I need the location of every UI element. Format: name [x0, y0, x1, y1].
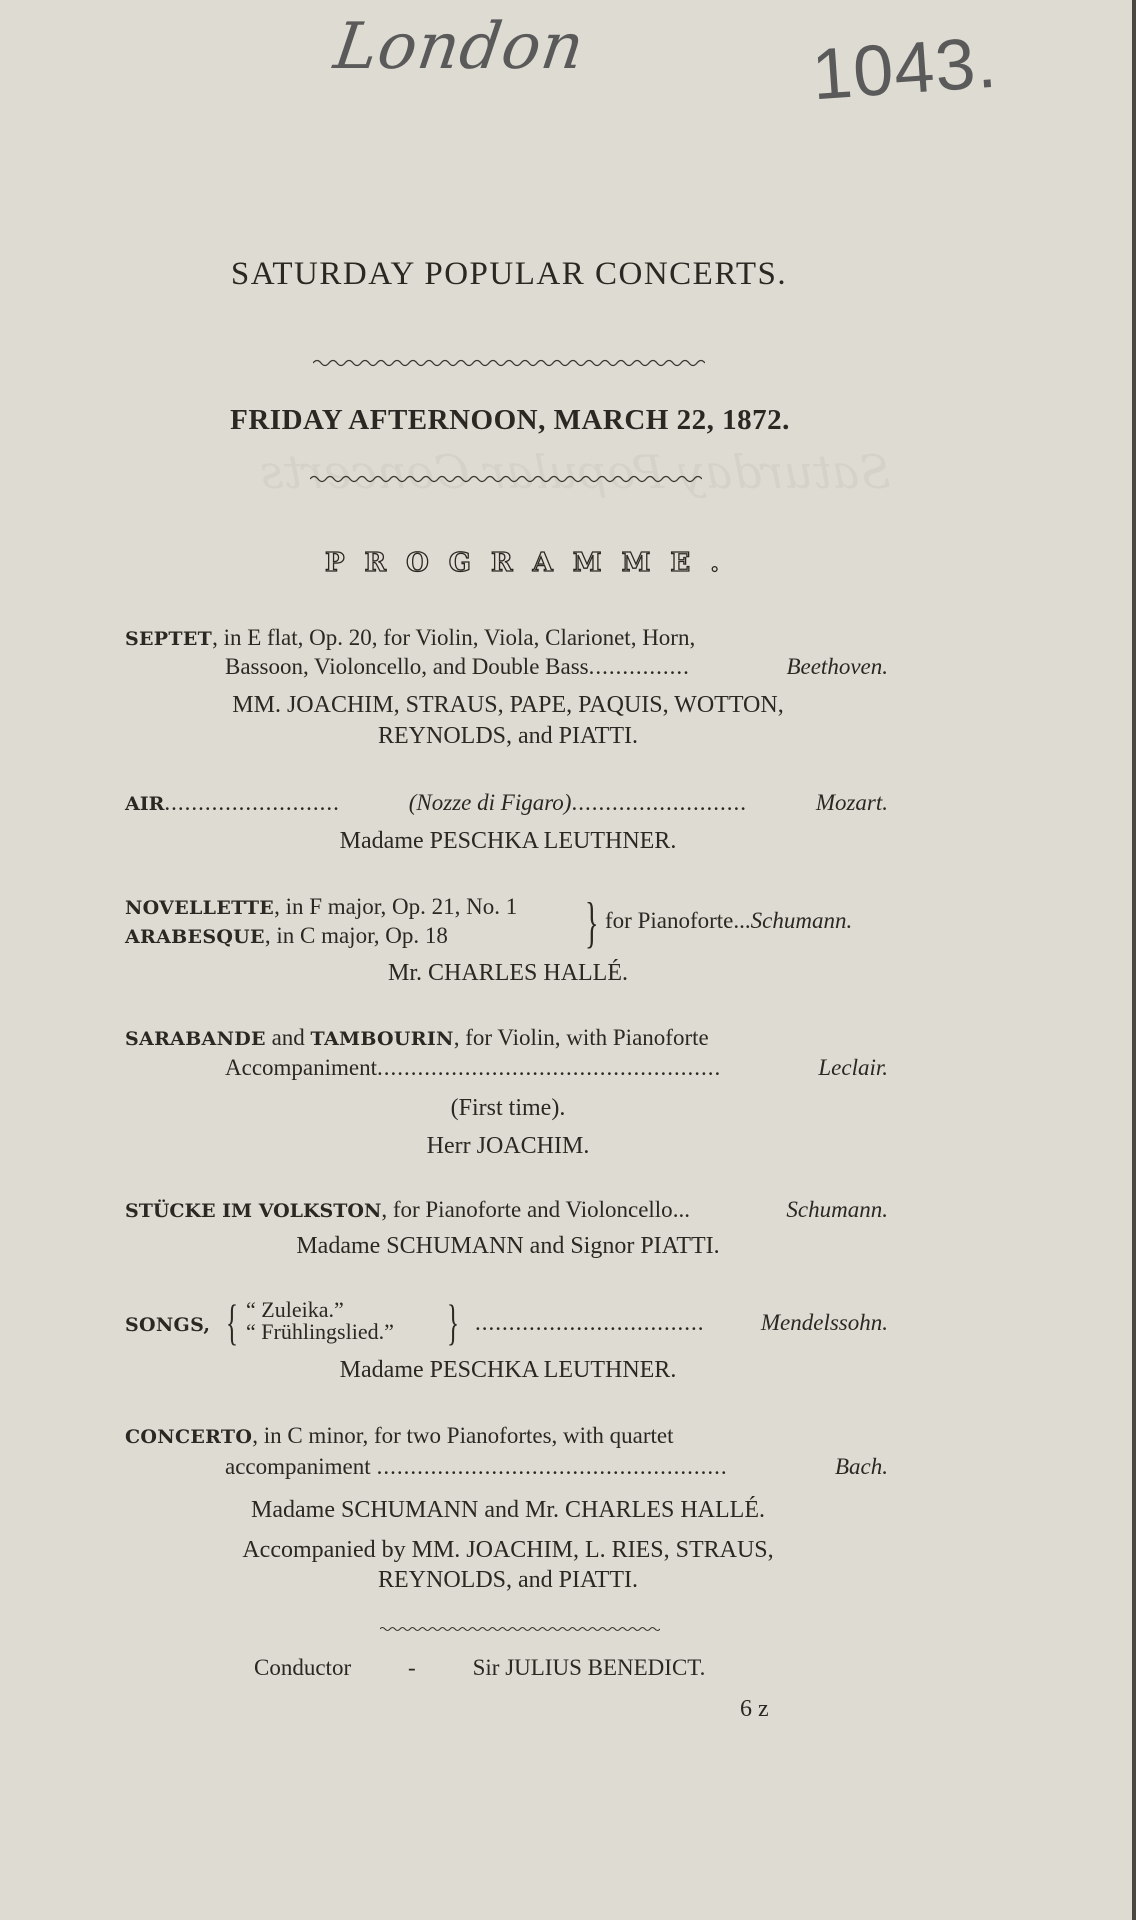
programme-heading: PROGRAMME. — [325, 548, 695, 578]
song-2: “ Frühlingslied.” — [246, 1320, 394, 1344]
handwritten-number: 1043. — [809, 22, 999, 117]
schumann-piano-performer: Mr. CHARLES HALLÉ. — [0, 960, 1016, 987]
septet-line-2: Bassoon, Violoncello, and Double Bass ..… — [225, 654, 888, 680]
concerto-accompanied-1: Accompanied by MM. JOACHIM, L. RIES, STR… — [0, 1537, 1016, 1564]
leclair-line-2: Accompaniment ..........................… — [225, 1055, 888, 1081]
conductor-dash: - — [357, 1655, 467, 1681]
work-title: NOVELLETTE — [125, 897, 274, 919]
page-title: SATURDAY POPULAR CONCERTS. — [176, 256, 842, 293]
septet-performers-1: MM. JOACHIM, STRAUS, PAPE, PAQUIS, WOTTO… — [0, 692, 1016, 719]
wavy-divider-bottom — [380, 1626, 660, 1632]
schumann-instrument: for Pianoforte...Schumann. — [605, 907, 852, 935]
concert-date: FRIDAY AFTERNOON, MARCH 22, 1872. — [200, 404, 820, 437]
conductor-line: Conductor - Sir JULIUS BENEDICT. — [254, 1655, 705, 1681]
work-title: CONCERTO — [125, 1426, 252, 1448]
work-title: SONGS, — [125, 1314, 210, 1336]
conductor-name: Sir JULIUS BENEDICT. — [473, 1655, 706, 1680]
air-line: AIR .......................... (Nozze di… — [125, 790, 888, 816]
leclair-line-1: SARABANDE and TAMBOURIN, for Violin, wit… — [125, 1024, 709, 1053]
bleed-through-text: Saturday Popular Concerts — [260, 445, 891, 499]
composer: Schumann. — [786, 1197, 888, 1223]
right-brace: } — [447, 1297, 459, 1347]
wavy-divider-middle — [310, 474, 702, 484]
work-title: SEPTET — [125, 628, 212, 650]
concerto-performer: Madame SCHUMANN and Mr. CHARLES HALLÉ. — [0, 1497, 1016, 1524]
septet-line-1: SEPTET, in E flat, Op. 20, for Violin, V… — [125, 624, 695, 653]
page-edge — [1132, 0, 1136, 1920]
wavy-divider-top — [313, 358, 705, 368]
volkston-line: STÜCKE IM VOLKSTON , for Pianoforte and … — [125, 1197, 888, 1223]
signature-mark: 6 z — [740, 1696, 769, 1723]
septet-performers-2: REYNOLDS, and PIATTI. — [0, 723, 1016, 750]
composer: Mozart. — [816, 790, 888, 816]
air-performer: Madame PESCHKA LEUTHNER. — [0, 828, 1016, 855]
composer: Beethoven. — [786, 654, 888, 680]
songs-composer-row: .................................. Mende… — [475, 1310, 888, 1336]
handwritten-place: London — [330, 10, 589, 84]
songs-performer: Madame PESCHKA LEUTHNER. — [0, 1357, 1016, 1384]
composer: Leclair. — [818, 1055, 888, 1081]
work-title: SARABANDE — [125, 1028, 266, 1050]
conductor-label: Conductor — [254, 1655, 351, 1680]
left-brace: { — [226, 1297, 238, 1347]
concerto-accompanied-2: REYNOLDS, and PIATTI. — [0, 1567, 1016, 1594]
composer: Mendelssohn. — [761, 1310, 888, 1336]
songs-label: SONGS, — [125, 1310, 210, 1339]
arabesque-line: ARABESQUE, in C major, Op. 18 — [125, 922, 448, 951]
concerto-line-2: accompaniment ..........................… — [225, 1454, 888, 1480]
work-title: TAMBOURIN — [311, 1028, 454, 1050]
composer: Schumann. — [751, 908, 853, 933]
leclair-performer: Herr JOACHIM. — [0, 1133, 1016, 1160]
right-brace: } — [585, 895, 598, 951]
novellette-line: NOVELLETTE, in F major, Op. 21, No. 1 — [125, 893, 517, 922]
work-title: ARABESQUE — [125, 926, 265, 948]
leclair-note: (First time). — [0, 1095, 1016, 1122]
composer: Bach. — [835, 1454, 888, 1480]
concerto-line-1: CONCERTO, in C minor, for two Pianoforte… — [125, 1422, 674, 1451]
work-title: AIR — [125, 793, 164, 815]
volkston-performer: Madame SCHUMANN and Signor PIATTI. — [0, 1233, 1016, 1260]
work-title: STÜCKE IM VOLKSTON — [125, 1200, 381, 1222]
